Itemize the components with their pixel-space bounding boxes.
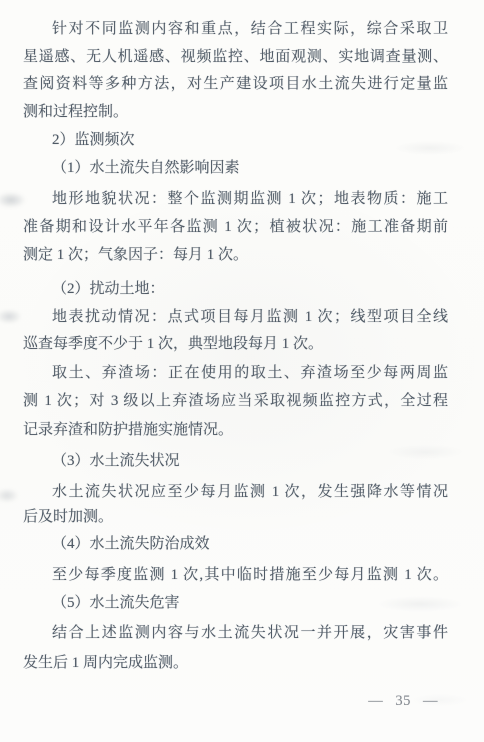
section-heading-line: （4）水土流失防治成效	[23, 533, 448, 557]
text-line: 地形地貌状况：整个监测期监测 1 次；地表物质：施工	[23, 188, 448, 212]
section-heading-line: （3）水土流失状况	[23, 450, 448, 474]
scanned-document-page: 针对不同监测内容和重点，结合工程实际，综合采取卫 星遥感、无人机遥感、视频监控、…	[0, 0, 484, 742]
text-line: 地表扰动情况：点式项目每月监测 1 次；线型项目全线	[23, 306, 448, 330]
text-line: 结合上述监测内容与水土流失状况一并开展，灾害事件	[23, 622, 448, 646]
text-line: 针对不同监测内容和重点，结合工程实际，综合采取卫	[23, 18, 448, 42]
text-line: 测定 1 次；气象因子：每月 1 次。	[23, 244, 448, 268]
text-line: 取土、弃渣场：正在使用的取土、弃渣场至少每两周监	[23, 362, 448, 386]
page-number: — 35 —	[368, 691, 438, 711]
text-line: 水土流失状况应至少每月监测 1 次，发生强降水等情况	[23, 481, 448, 505]
scan-smudge	[0, 488, 19, 503]
text-line: 测和过程控制。	[23, 101, 448, 125]
text-line: 后及时加测。	[23, 506, 448, 530]
text-line: 发生后 1 周内完成监测。	[23, 652, 448, 676]
text-line: 记录弃渣和防护措施实施情况。	[23, 419, 448, 443]
text-line: 准备期和设计水平年各监测 1 次；植被状况：施工准备期前	[23, 216, 448, 240]
section-heading-line: 2）监测频次	[23, 129, 448, 153]
text-line: 至少每季度监测 1 次,其中临时措施至少每月监测 1 次。	[23, 564, 448, 588]
text-line: 巡查每季度不少于 1 次，典型地段每月 1 次。	[23, 333, 448, 357]
section-heading-line: （2）扰动土地：	[23, 278, 448, 302]
text-line: 星遥感、无人机遥感、视频监控、地面观测、实地调查量测、	[23, 46, 448, 70]
scan-smudge	[0, 309, 22, 324]
section-heading-line: （5）水土流失危害	[23, 592, 448, 616]
section-heading-line: （1）水土流失自然影响因素	[23, 157, 448, 181]
text-line: 测 1 次；对 3 级以上弃渣场应当采取视频监控方式，全过程	[23, 390, 448, 414]
text-line: 查阅资料等多种方法，对生产建设项目水土流失进行定量监	[23, 73, 448, 97]
